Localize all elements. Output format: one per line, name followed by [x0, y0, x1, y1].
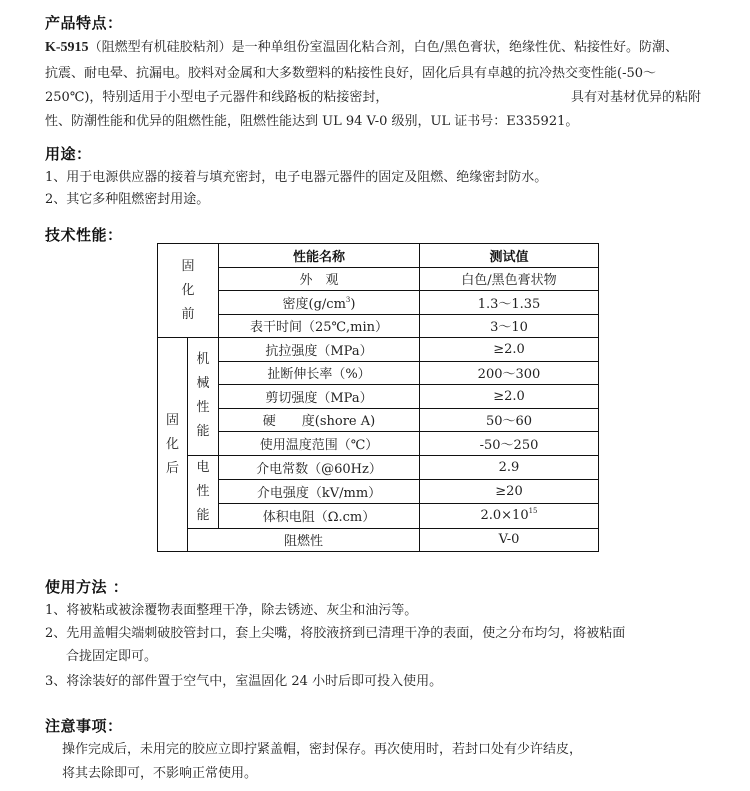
row-name: 体积电阻（Ω.cm） — [219, 504, 420, 528]
row-name: 剪切强度（MPa） — [219, 385, 420, 409]
product-code: K-5915 — [45, 40, 89, 55]
group-char: 能 — [188, 504, 218, 528]
row-name: 外 观 — [219, 267, 420, 291]
row-value: 2.9 — [420, 455, 599, 479]
row-name: 使用温度范围（℃） — [219, 432, 420, 456]
uses-item-1: 1、用于电源供应器的接着与填充密封，电子电器元器件的固定及阻燃、绝缘密封防水。 — [45, 166, 547, 190]
row-value: ≥2.0 — [420, 338, 599, 362]
group-char: 性 — [188, 480, 218, 504]
row-value: V-0 — [420, 528, 599, 552]
row-name: 抗拉强度（MPa） — [219, 338, 420, 362]
group-char: 机 — [188, 348, 218, 372]
row-name-suffix: ) — [350, 297, 355, 312]
features-line-3b: 具有对基材优异的粘附 — [571, 86, 701, 110]
header-value: 测试值 — [420, 244, 599, 268]
table-row: 表干时间（25℃,min） 3～10 — [158, 314, 599, 338]
notes-heading: 注意事项： — [45, 715, 123, 736]
usage-item-1: 1、将被粘或被涂覆物表面整理干净，除去锈迹、灰尘和油污等。 — [45, 599, 417, 623]
group-char: 性 — [188, 396, 218, 420]
table-row: 外 观 白色/黑色膏状物 — [158, 267, 599, 291]
group-before-cure: 固 化 前 — [158, 244, 219, 338]
row-value: 白色/黑色膏状物 — [420, 267, 599, 291]
group-electrical: 电 性 能 — [188, 455, 219, 528]
row-name: 硬 度(shore A) — [219, 408, 420, 432]
row-value: ≥2.0 — [420, 385, 599, 409]
header-name: 性能名称 — [219, 244, 420, 268]
row-name: 密度(g/cm3) — [219, 291, 420, 315]
table-row: 硬 度(shore A) 50～60 — [158, 408, 599, 432]
row-value: -50～250 — [420, 432, 599, 456]
uses-item-2: 2、其它多种阻燃密封用途。 — [45, 188, 209, 212]
notes-line-1: 操作完成后，未用完的胶应立即拧紧盖帽，密封保存。再次使用时，若封口处有少许结皮， — [62, 738, 582, 762]
features-line-1: K-5915（阻燃型有机硅胶粘剂）是一种单组份室温固化粘合剂，白色/黑色膏状，绝… — [45, 36, 678, 60]
tech-heading: 技术性能： — [45, 224, 123, 245]
group-char: 械 — [188, 372, 218, 396]
row-name: 介电强度（kV/mm） — [219, 479, 420, 503]
features-line-4: 性、防潮性能和优异的阻燃性能，阻燃性能达到 UL 94 V-0 级别，UL 证书… — [45, 110, 578, 134]
usage-item-3: 3、将涂装好的部件置于空气中，室温固化 24 小时后即可投入使用。 — [45, 670, 442, 694]
table-row: 介电强度（kV/mm） ≥20 — [158, 479, 599, 503]
table-row: 扯断伸长率（%） 200～300 — [158, 361, 599, 385]
row-name: 介电常数（@60Hz） — [219, 455, 420, 479]
table-row: 体积电阻（Ω.cm） 2.0×1015 — [158, 504, 599, 528]
features-heading: 产品特点： — [45, 12, 123, 33]
row-value: 50～60 — [420, 408, 599, 432]
row-name: 扯断伸长率（%） — [219, 361, 420, 385]
group-after-cure: 固 化 后 — [158, 338, 188, 552]
group-char: 电 — [188, 456, 218, 480]
usage-heading: 使用方法 ： — [45, 576, 128, 597]
table-row: 阻燃性 V-0 — [158, 528, 599, 552]
row-value: 200～300 — [420, 361, 599, 385]
group-char: 能 — [188, 420, 218, 444]
usage-item-2: 2、先用盖帽尖端刺破胶管封口，套上尖嘴，将胶液挤到已清理干净的表面，使之分布均匀… — [45, 622, 625, 646]
row-name: 表干时间（25℃,min） — [219, 314, 420, 338]
row-value: 1.3～1.35 — [420, 291, 599, 315]
row-value: 3～10 — [420, 314, 599, 338]
group-char: 后 — [158, 457, 187, 481]
features-line-1-text: （阻燃型有机硅胶粘剂）是一种单组份室温固化粘合剂，白色/黑色膏状，绝缘性优、粘接… — [89, 40, 678, 55]
row-name: 阻燃性 — [188, 528, 420, 552]
row-value: ≥20 — [420, 479, 599, 503]
table-row: 固 化 后 机 械 性 能 抗拉强度（MPa） ≥2.0 — [158, 338, 599, 362]
row-value-text: 2.0×10 — [480, 508, 528, 523]
superscript: 15 — [529, 507, 538, 515]
row-value: 2.0×1015 — [420, 504, 599, 528]
features-line-3: 250℃)，特别适用于小型电子元器件和线路板的粘接密封， — [45, 86, 388, 110]
uses-heading: 用途： — [45, 143, 92, 164]
group-char: 固 — [158, 255, 218, 279]
features-line-2: 抗震、耐电晕、抗漏电。胶料对金属和大多数塑料的粘接性良好，固化后具有卓越的抗冷热… — [45, 62, 656, 86]
table-row: 密度(g/cm3) 1.3～1.35 — [158, 291, 599, 315]
group-mechanical: 机 械 性 能 — [188, 338, 219, 456]
notes-line-2: 将其去除即可，不影响正常使用。 — [62, 762, 257, 786]
table-header-row: 固 化 前 性能名称 测试值 — [158, 244, 599, 268]
table-row: 使用温度范围（℃） -50～250 — [158, 432, 599, 456]
group-char: 化 — [158, 433, 187, 457]
table-row: 剪切强度（MPa） ≥2.0 — [158, 385, 599, 409]
group-char: 固 — [158, 409, 187, 433]
group-char: 化 — [158, 279, 218, 303]
group-char: 前 — [158, 303, 218, 327]
row-name-text: 密度(g/cm — [283, 297, 346, 312]
usage-item-2-cont: 合拢固定即可。 — [66, 645, 157, 669]
spec-table: 固 化 前 性能名称 测试值 外 观 白色/黑色膏状物 密度(g/cm3) 1.… — [157, 243, 599, 552]
table-row: 电 性 能 介电常数（@60Hz） 2.9 — [158, 455, 599, 479]
